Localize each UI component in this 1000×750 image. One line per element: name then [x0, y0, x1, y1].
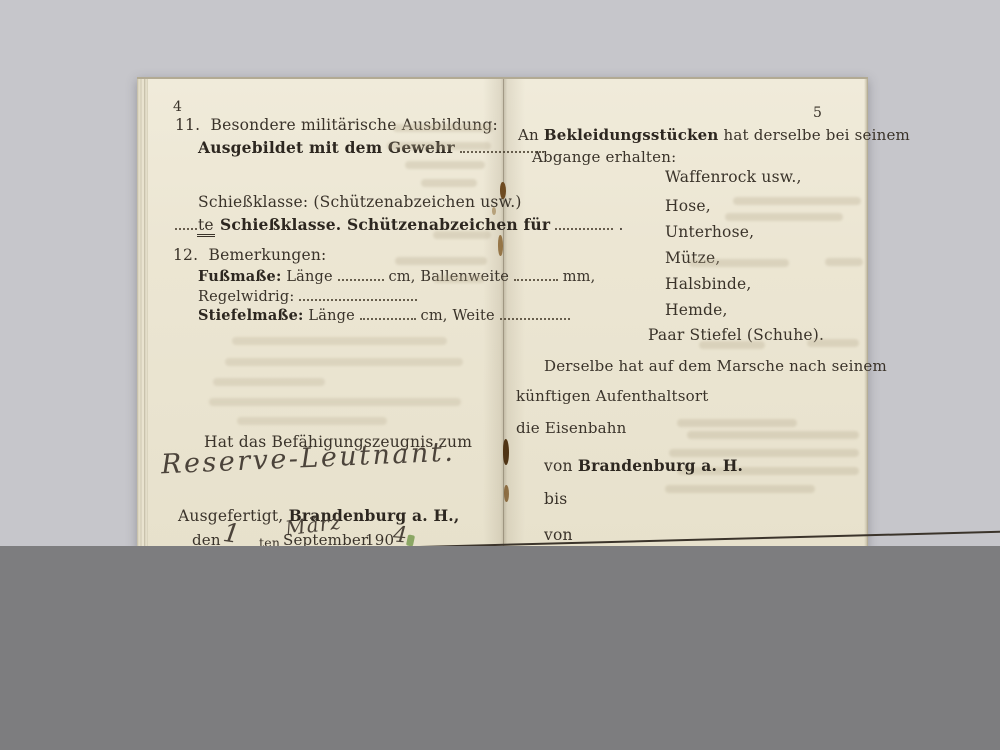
boot-width-label: Weite [452, 308, 494, 324]
bleedthrough-handwriting [225, 358, 463, 366]
bleedthrough-text [405, 161, 485, 169]
bleedthrough-handwriting [209, 398, 461, 406]
bottom-overlay-band [0, 546, 1000, 750]
item-12-title: Bemerkungen: [209, 246, 327, 264]
page-stack-edge [137, 79, 148, 552]
item-12-number: 12. [173, 246, 198, 264]
fill-in-line [555, 217, 613, 230]
bleedthrough-text [393, 124, 493, 132]
boot-measure-line: Stiefelmaße: Länge cm, Weite [198, 307, 570, 324]
from-label: von [544, 457, 573, 475]
clothing-item: Waffenrock usw., [665, 168, 802, 186]
from-line-2: von [544, 526, 573, 544]
bleedthrough-text [725, 213, 843, 221]
trailing-period: . [618, 216, 623, 234]
trained-with-rifle-line: Ausgebildet mit dem Gewehr [198, 138, 544, 157]
fill-in-line [360, 307, 416, 320]
to-line: bis [544, 490, 567, 508]
from-place: Brandenburg a. H. [578, 456, 743, 475]
foot-label: Fußmaße: [198, 268, 282, 285]
bleedthrough-text [665, 485, 815, 493]
heading-bold: Bekleidungsstücken [544, 126, 719, 144]
irregular-line: Regelwidrig: [198, 288, 417, 305]
foot-cm-label: cm, [388, 269, 415, 285]
boot-length-label: Länge [308, 308, 354, 324]
clothing-item: Halsbinde, [665, 275, 752, 293]
bleedthrough-text [687, 431, 859, 439]
bleedthrough-text [677, 419, 797, 427]
shooting-class-fill-line: te Schießklasse. Schützenabzeichen für . [175, 215, 624, 234]
fill-in-line [299, 288, 417, 301]
from-line: von Brandenburg a. H. [544, 456, 743, 475]
fill-in-line [500, 307, 570, 320]
clothing-item: Hose, [665, 197, 711, 215]
photo-scene: 4 11. Besondere militärische Ausbildung:… [0, 0, 1000, 750]
page-right-edge [864, 79, 868, 552]
te-suffix: te [197, 216, 215, 237]
clothing-heading-line1: An Bekleidungsstücken hat derselbe bei s… [518, 126, 910, 144]
page-5-number: 5 [813, 105, 822, 121]
railway-line: die Eisenbahn [516, 419, 627, 437]
item-12-heading: 12. Bemerkungen: [173, 246, 326, 264]
march-line-2: künftigen Aufenthaltsort [516, 387, 708, 405]
clothing-item: Hemde, [665, 301, 728, 319]
bleedthrough-text [825, 258, 863, 266]
bleedthrough-text [689, 259, 789, 267]
bleedthrough-text [395, 257, 487, 265]
bleedthrough-text [733, 197, 861, 205]
fill-in-line [338, 268, 384, 281]
boot-label: Stiefelmaße: [198, 307, 304, 324]
shooting-class-bold: Schießklasse. Schützenabzeichen für [220, 215, 550, 234]
stitch-mark [504, 485, 509, 502]
bleedthrough-text [807, 339, 859, 347]
bleedthrough-text [421, 179, 477, 187]
heading-rest: hat derselbe bei seinem [724, 126, 910, 144]
stitch-mark [503, 439, 509, 465]
foot-length-label: Länge [286, 269, 332, 285]
irregular-label: Regelwidrig: [198, 289, 294, 305]
bleedthrough-handwriting [232, 337, 447, 345]
item-11-number: 11. [175, 116, 200, 134]
fill-in-line [175, 217, 197, 230]
march-line-1: Derselbe hat auf dem Marsche nach seinem [544, 357, 887, 375]
bleedthrough-handwriting [237, 417, 387, 425]
bleedthrough-text [433, 231, 491, 239]
clothing-heading-line2: Abgange erhalten: [532, 148, 676, 166]
foot-mm-label: mm, [563, 269, 596, 285]
fill-in-line [514, 268, 558, 281]
bleedthrough-handwriting [213, 378, 325, 386]
clothing-item: Unterhose, [665, 223, 754, 241]
bleedthrough-text [433, 275, 485, 283]
shooting-class-line: Schießklasse: (Schützenabzeichen usw.) [198, 193, 522, 211]
bleedthrough-text [387, 142, 491, 150]
foot-measure-line: Fußmaße: Länge cm, Ballenweite mm, [198, 268, 595, 285]
boot-cm-label: cm, [421, 308, 448, 324]
military-booklet-photo: 4 11. Besondere militärische Ausbildung:… [137, 77, 868, 552]
bleedthrough-text [699, 341, 765, 349]
stitch-mark [498, 235, 503, 256]
heading-an: An [518, 126, 539, 144]
page-4-number: 4 [173, 99, 182, 115]
